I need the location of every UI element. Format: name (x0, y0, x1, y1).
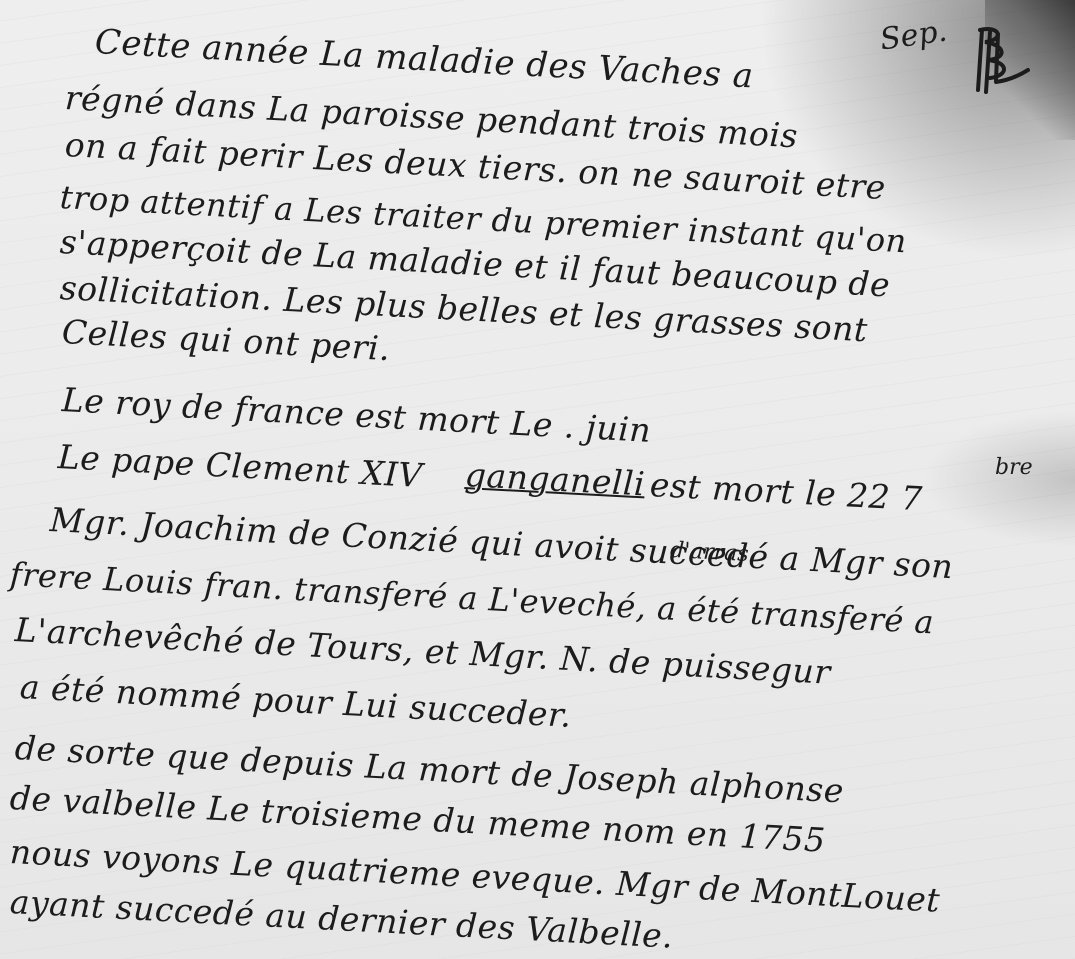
margin-note: Sep. (878, 14, 949, 58)
manuscript-page: Sep. Cette année La maladie des Vaches a… (0, 0, 1075, 959)
text-line-king-death: Le roy de france est mort Le . juin (61, 380, 652, 450)
text-line-nomme: a été nommé pour Lui succeder. (19, 667, 573, 735)
superscript-bre: bre (995, 455, 1033, 480)
text-line-pope-a: Le pape Clement XIV (57, 437, 423, 495)
insertion-darras: d'arras (669, 538, 749, 567)
signature-flourish-icon (960, 20, 1030, 105)
text-line-pope-b: est mort le 22 7 (649, 465, 924, 518)
underlined-name-ganganelli: ganganelli (464, 455, 646, 503)
